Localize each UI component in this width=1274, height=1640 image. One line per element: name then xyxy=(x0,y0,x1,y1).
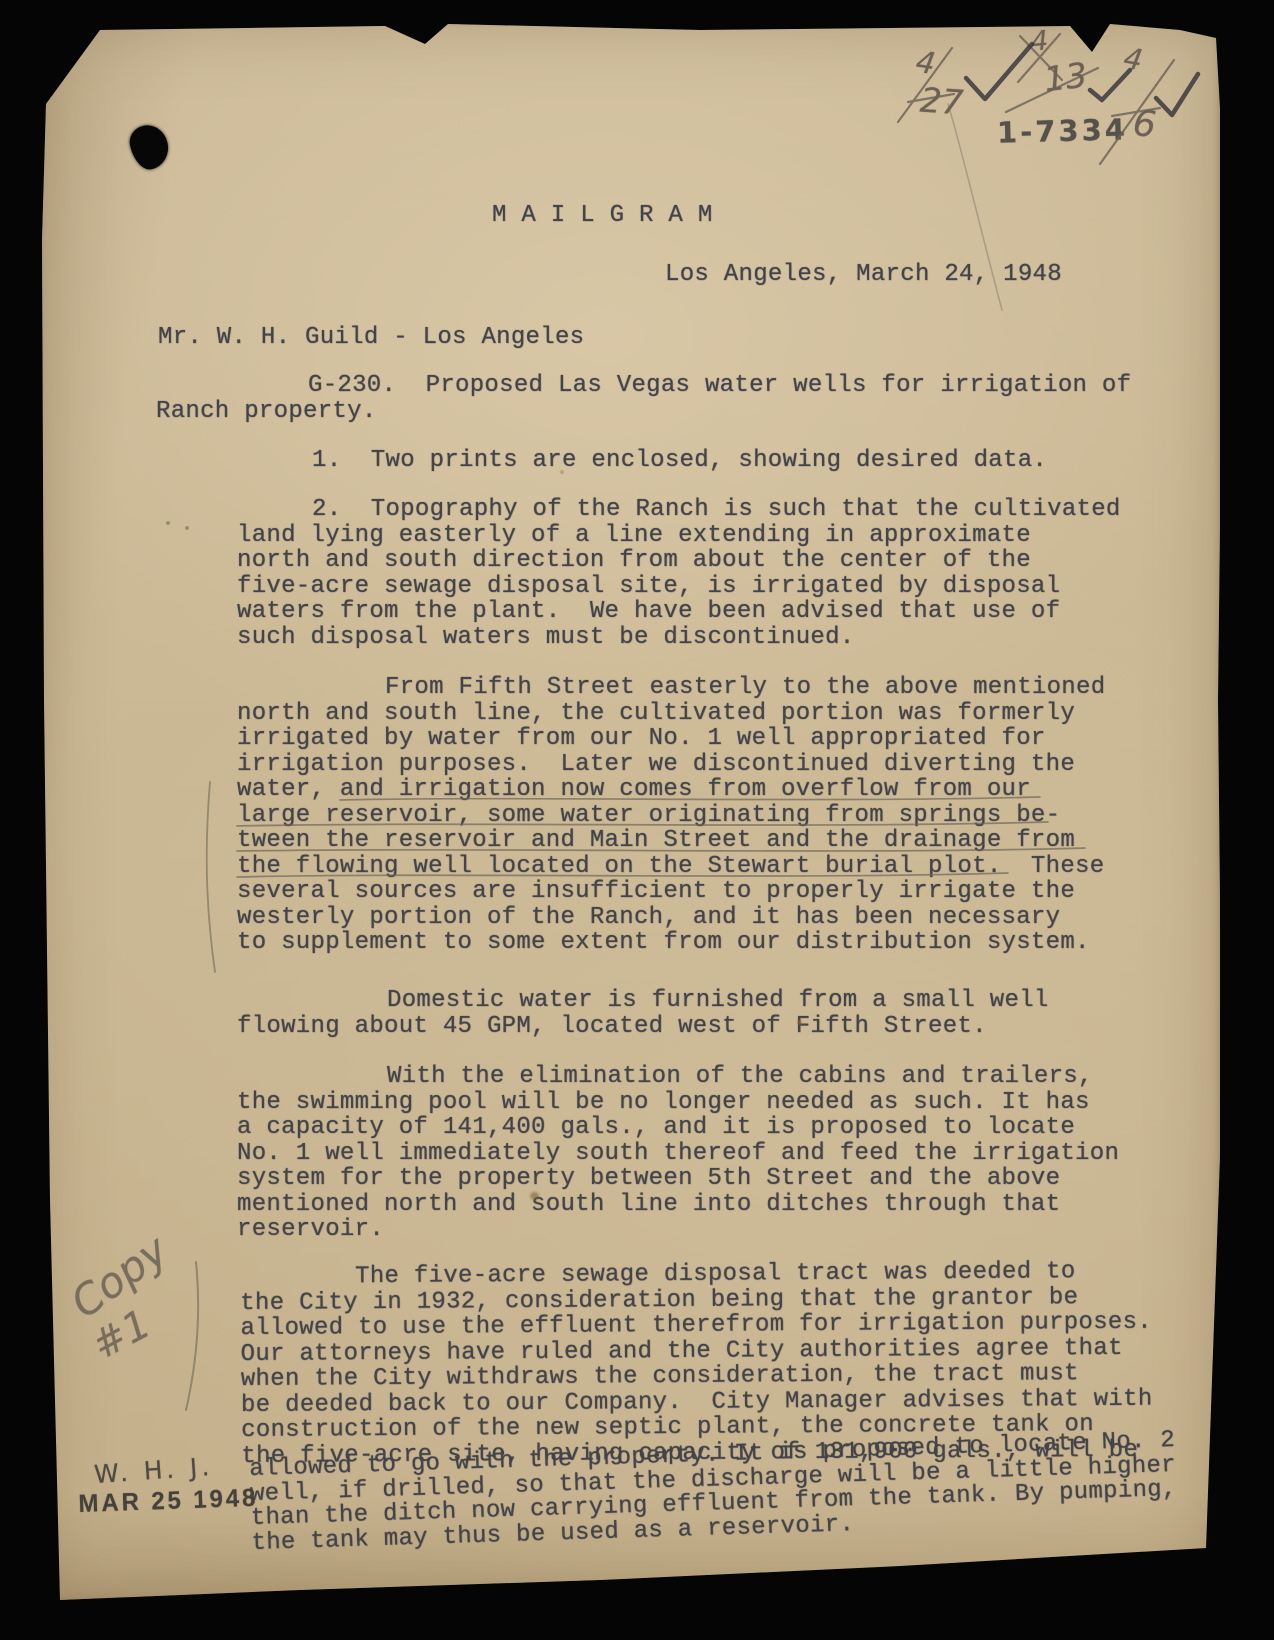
stain-spot xyxy=(530,1192,539,1200)
stain-spot xyxy=(560,470,564,474)
fraction-denominator: 27 xyxy=(919,81,965,124)
irrigation-sources-paragraph: From Fifth Street easterly to the above … xyxy=(237,675,1247,956)
stain-spot xyxy=(797,1020,802,1025)
paper-content: M A I L G R A M Los Angeles, March 24, 1… xyxy=(0,0,1274,1640)
fraction-denominator: 6 xyxy=(1131,103,1158,146)
pencil-dots xyxy=(166,521,189,530)
fraction-denominator: 13 xyxy=(1042,56,1090,101)
addressee-line: Mr. W. H. Guild - Los Angeles xyxy=(158,325,1168,351)
scan-background: M A I L G R A M Los Angeles, March 24, 1… xyxy=(0,0,1274,1640)
punch-hole xyxy=(126,121,173,173)
mailgram-header: M A I L G R A M xyxy=(492,203,713,229)
domestic-water-paragraph: Domestic water is furnished from a small… xyxy=(237,988,1247,1039)
enclosure-item-paragraph: 1. Two prints are enclosed, showing desi… xyxy=(237,448,1247,474)
swimming-pool-paragraph: With the elimination of the cabins and t… xyxy=(237,1064,1247,1243)
paper-sheet: M A I L G R A M Los Angeles, March 24, 1… xyxy=(38,20,1220,1602)
topography-paragraph: 2. Topography of the Ranch is such that … xyxy=(237,497,1247,650)
margin-line-annotation xyxy=(207,782,215,972)
fraction-numerator: 4 xyxy=(1030,25,1050,57)
dateline: Los Angeles, March 24, 1948 xyxy=(665,262,1062,288)
fraction-numerator: 4 xyxy=(913,45,937,83)
fraction-numerator: 4 xyxy=(1121,41,1145,78)
subject-paragraph: G-230. Proposed Las Vegas water wells fo… xyxy=(156,373,1166,424)
file-number: 1-7334 xyxy=(997,112,1129,149)
reviewer-initials: W. H. J. xyxy=(93,1452,214,1489)
received-date-stamp: MAR 25 1948 xyxy=(78,1484,259,1519)
copy-note-stroke xyxy=(186,1262,198,1410)
